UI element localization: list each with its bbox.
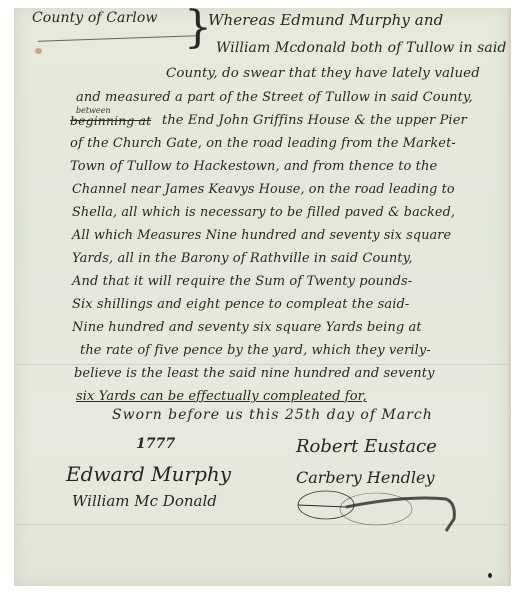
ink-spot xyxy=(488,573,492,578)
body-line-6: Town of Tullow to Hackestown, and from t… xyxy=(70,159,437,174)
manuscript-page: County of Carlow } Whereas Edmund Murphy… xyxy=(14,8,511,586)
paper-fold-line xyxy=(16,364,508,365)
struck-text: beginning at xyxy=(70,113,151,128)
body-line-15: believe is the least the said nine hundr… xyxy=(74,366,435,381)
body-line-8: Shella, all which is necessary to be fil… xyxy=(72,205,455,220)
heading-rule xyxy=(38,35,198,42)
jurat-text: Sworn before us this 25th day of March xyxy=(112,407,433,423)
body-line-1: William Mcdonald both of Tullow in said xyxy=(216,40,506,56)
county-heading: County of Carlow xyxy=(32,10,157,26)
body-line-9: All which Measures Nine hundred and seve… xyxy=(72,228,451,243)
body-line-10: Yards, all in the Barony of Rathville in… xyxy=(72,251,413,266)
body-line-13: Nine hundred and seventy six square Yard… xyxy=(72,320,422,335)
signature-william-mcdonald: William Mc Donald xyxy=(72,492,217,510)
body-line-7: Channel near James Keavys House, on the … xyxy=(72,182,455,197)
signature-flourish xyxy=(296,485,466,535)
body-line-3: and measured a part of the Street of Tul… xyxy=(76,90,473,105)
body-line-5: of the Church Gate, on the road leading … xyxy=(70,136,456,151)
body-line-16: six Yards can be effectually compleated … xyxy=(76,389,367,404)
body-line-4: the End John Griffins House & the upper … xyxy=(162,113,467,128)
body-line-11: And that it will require the Sum of Twen… xyxy=(72,274,412,289)
signature-edward-murphy: Edward Murphy xyxy=(66,462,231,486)
jurat-year: 1777 xyxy=(136,436,175,452)
opening-line: Whereas Edmund Murphy and xyxy=(208,11,443,29)
rust-stain xyxy=(35,48,42,54)
body-line-12: Six shillings and eight pence to complea… xyxy=(72,297,409,312)
body-line-14: the rate of five pence by the yard, whic… xyxy=(80,343,431,358)
body-line-2: County, do swear that they have lately v… xyxy=(166,66,480,81)
signature-robert-eustace: Robert Eustace xyxy=(296,436,437,457)
